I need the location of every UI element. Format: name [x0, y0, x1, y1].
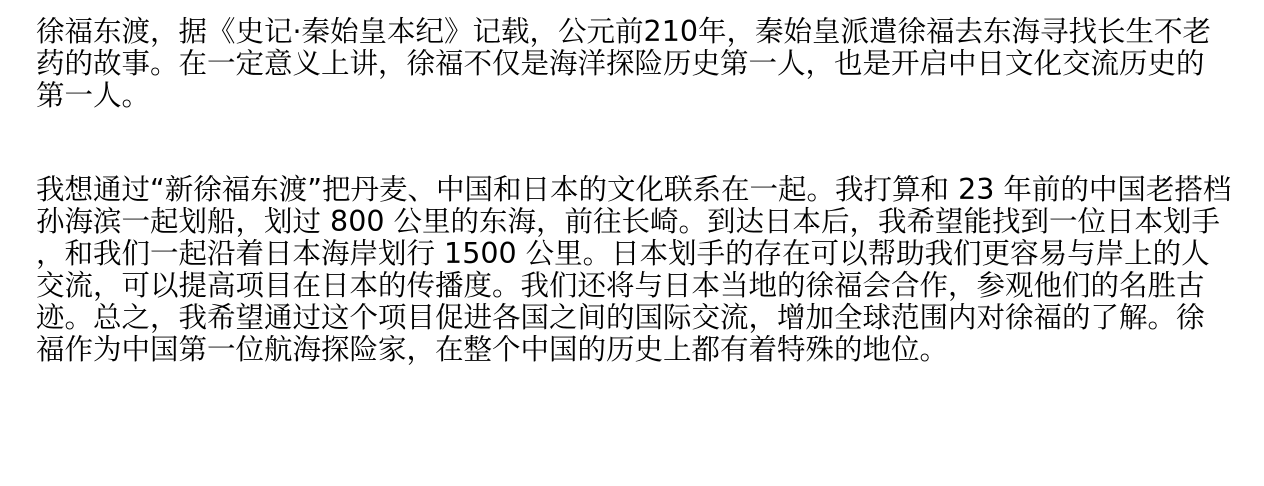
paragraph-new-xu-fu-voyage-plan: 我想通过“新徐福东渡”把丹麦、中国和日本的文化联系在一起。我打算和 23 年前的… [36, 174, 1232, 366]
paragraph-xu-fu-history: 徐福东渡，据《史记·秦始皇本纪》记载，公元前210年，秦始皇派遣徐福去东海寻找长… [36, 16, 1232, 112]
document-body: 徐福东渡，据《史记·秦始皇本纪》记载，公元前210年，秦始皇派遣徐福去东海寻找长… [36, 16, 1232, 366]
